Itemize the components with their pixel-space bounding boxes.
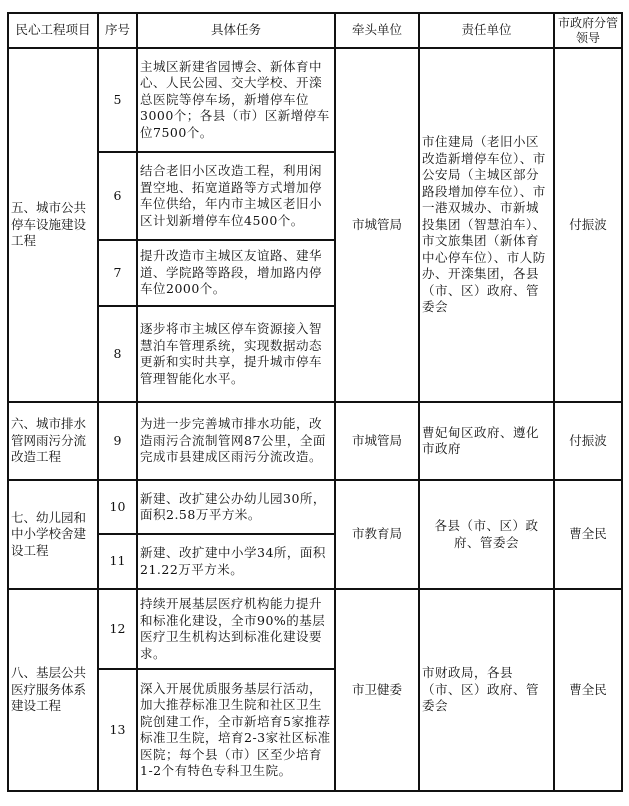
row-task: 结合老旧小区改造工程，利用闲置空地、拓宽道路等方式增加停车位供给，年内市主城区老… [137, 152, 335, 240]
leader: 曹全民 [554, 589, 622, 791]
header-row: 民心工程项目 序号 具体任务 牵头单位 责任单位 市政府分管领导 [8, 13, 622, 48]
header-resp-unit: 责任单位 [419, 13, 554, 48]
lead-unit: 市教育局 [335, 480, 419, 589]
row-seq: 10 [98, 480, 137, 534]
row-task: 逐步将市主城区停车资源接入智慧泊车管理系统，实现数据动态更新和实时共享，提升城市… [137, 306, 335, 402]
lead-unit: 市城管局 [335, 402, 419, 480]
resp-unit: 各县（市、区）政府、管委会 [419, 480, 554, 589]
row-seq: 7 [98, 240, 137, 306]
header-project: 民心工程项目 [8, 13, 98, 48]
row-task: 持续开展基层医疗机构能力提升和标准化建设，全市90%的基层医疗卫生机构达到标准化… [137, 589, 335, 669]
leader: 曹全民 [554, 480, 622, 589]
header-lead-unit: 牵头单位 [335, 13, 419, 48]
row-seq: 9 [98, 402, 137, 480]
row-task: 主城区新建省园博会、新体育中心、人民公园、交大学校、开滦总医院等停车场，新增停车… [137, 48, 335, 152]
row-seq: 5 [98, 48, 137, 152]
table-row: 五、城市公共停车设施建设工程 5 主城区新建省园博会、新体育中心、人民公园、交大… [8, 48, 622, 152]
header-task: 具体任务 [137, 13, 335, 48]
table-row: 八、基层公共医疗服务体系建设工程 12 持续开展基层医疗机构能力提升和标准化建设… [8, 589, 622, 669]
row-seq: 6 [98, 152, 137, 240]
row-seq: 13 [98, 669, 137, 791]
project-name: 七、幼儿园和中小学校舍建设工程 [8, 480, 98, 589]
row-task: 深入开展优质服务基层行活动，加大推荐标准卫生院和社区卫生院创建工作，全市新培育5… [137, 669, 335, 791]
project-name: 六、城市排水管网雨污分流改造工程 [8, 402, 98, 480]
row-seq: 12 [98, 589, 137, 669]
header-leader: 市政府分管领导 [554, 13, 622, 48]
row-seq: 11 [98, 534, 137, 589]
resp-unit: 市住建局（老旧小区改造新增停车位）、市公安局（主城区部分路段增加停车位）、市一港… [419, 48, 554, 402]
project-name: 五、城市公共停车设施建设工程 [8, 48, 98, 402]
leader: 付振波 [554, 402, 622, 480]
leader: 付振波 [554, 48, 622, 402]
table-row: 六、城市排水管网雨污分流改造工程 9 为进一步完善城市排水功能，改造雨污合流制管… [8, 402, 622, 480]
row-task: 提升改造市主城区友谊路、建华道、学院路等路段，增加路内停车位2000个。 [137, 240, 335, 306]
row-seq: 8 [98, 306, 137, 402]
header-seq: 序号 [98, 13, 137, 48]
row-task: 为进一步完善城市排水功能，改造雨污合流制管网87公里，全面完成市县建成区雨污分流… [137, 402, 335, 480]
project-name: 八、基层公共医疗服务体系建设工程 [8, 589, 98, 791]
projects-table: 民心工程项目 序号 具体任务 牵头单位 责任单位 市政府分管领导 五、城市公共停… [7, 12, 623, 792]
row-task: 新建、改扩建公办幼儿园30所，面积2.58万平方米。 [137, 480, 335, 534]
resp-unit: 市财政局，各县（市、区）政府、管委会 [419, 589, 554, 791]
lead-unit: 市卫健委 [335, 589, 419, 791]
resp-unit: 曹妃甸区政府、遵化市政府 [419, 402, 554, 480]
lead-unit: 市城管局 [335, 48, 419, 402]
row-task: 新建、改扩建中小学34所，面积21.22万平方米。 [137, 534, 335, 589]
table-row: 七、幼儿园和中小学校舍建设工程 10 新建、改扩建公办幼儿园30所，面积2.58… [8, 480, 622, 534]
